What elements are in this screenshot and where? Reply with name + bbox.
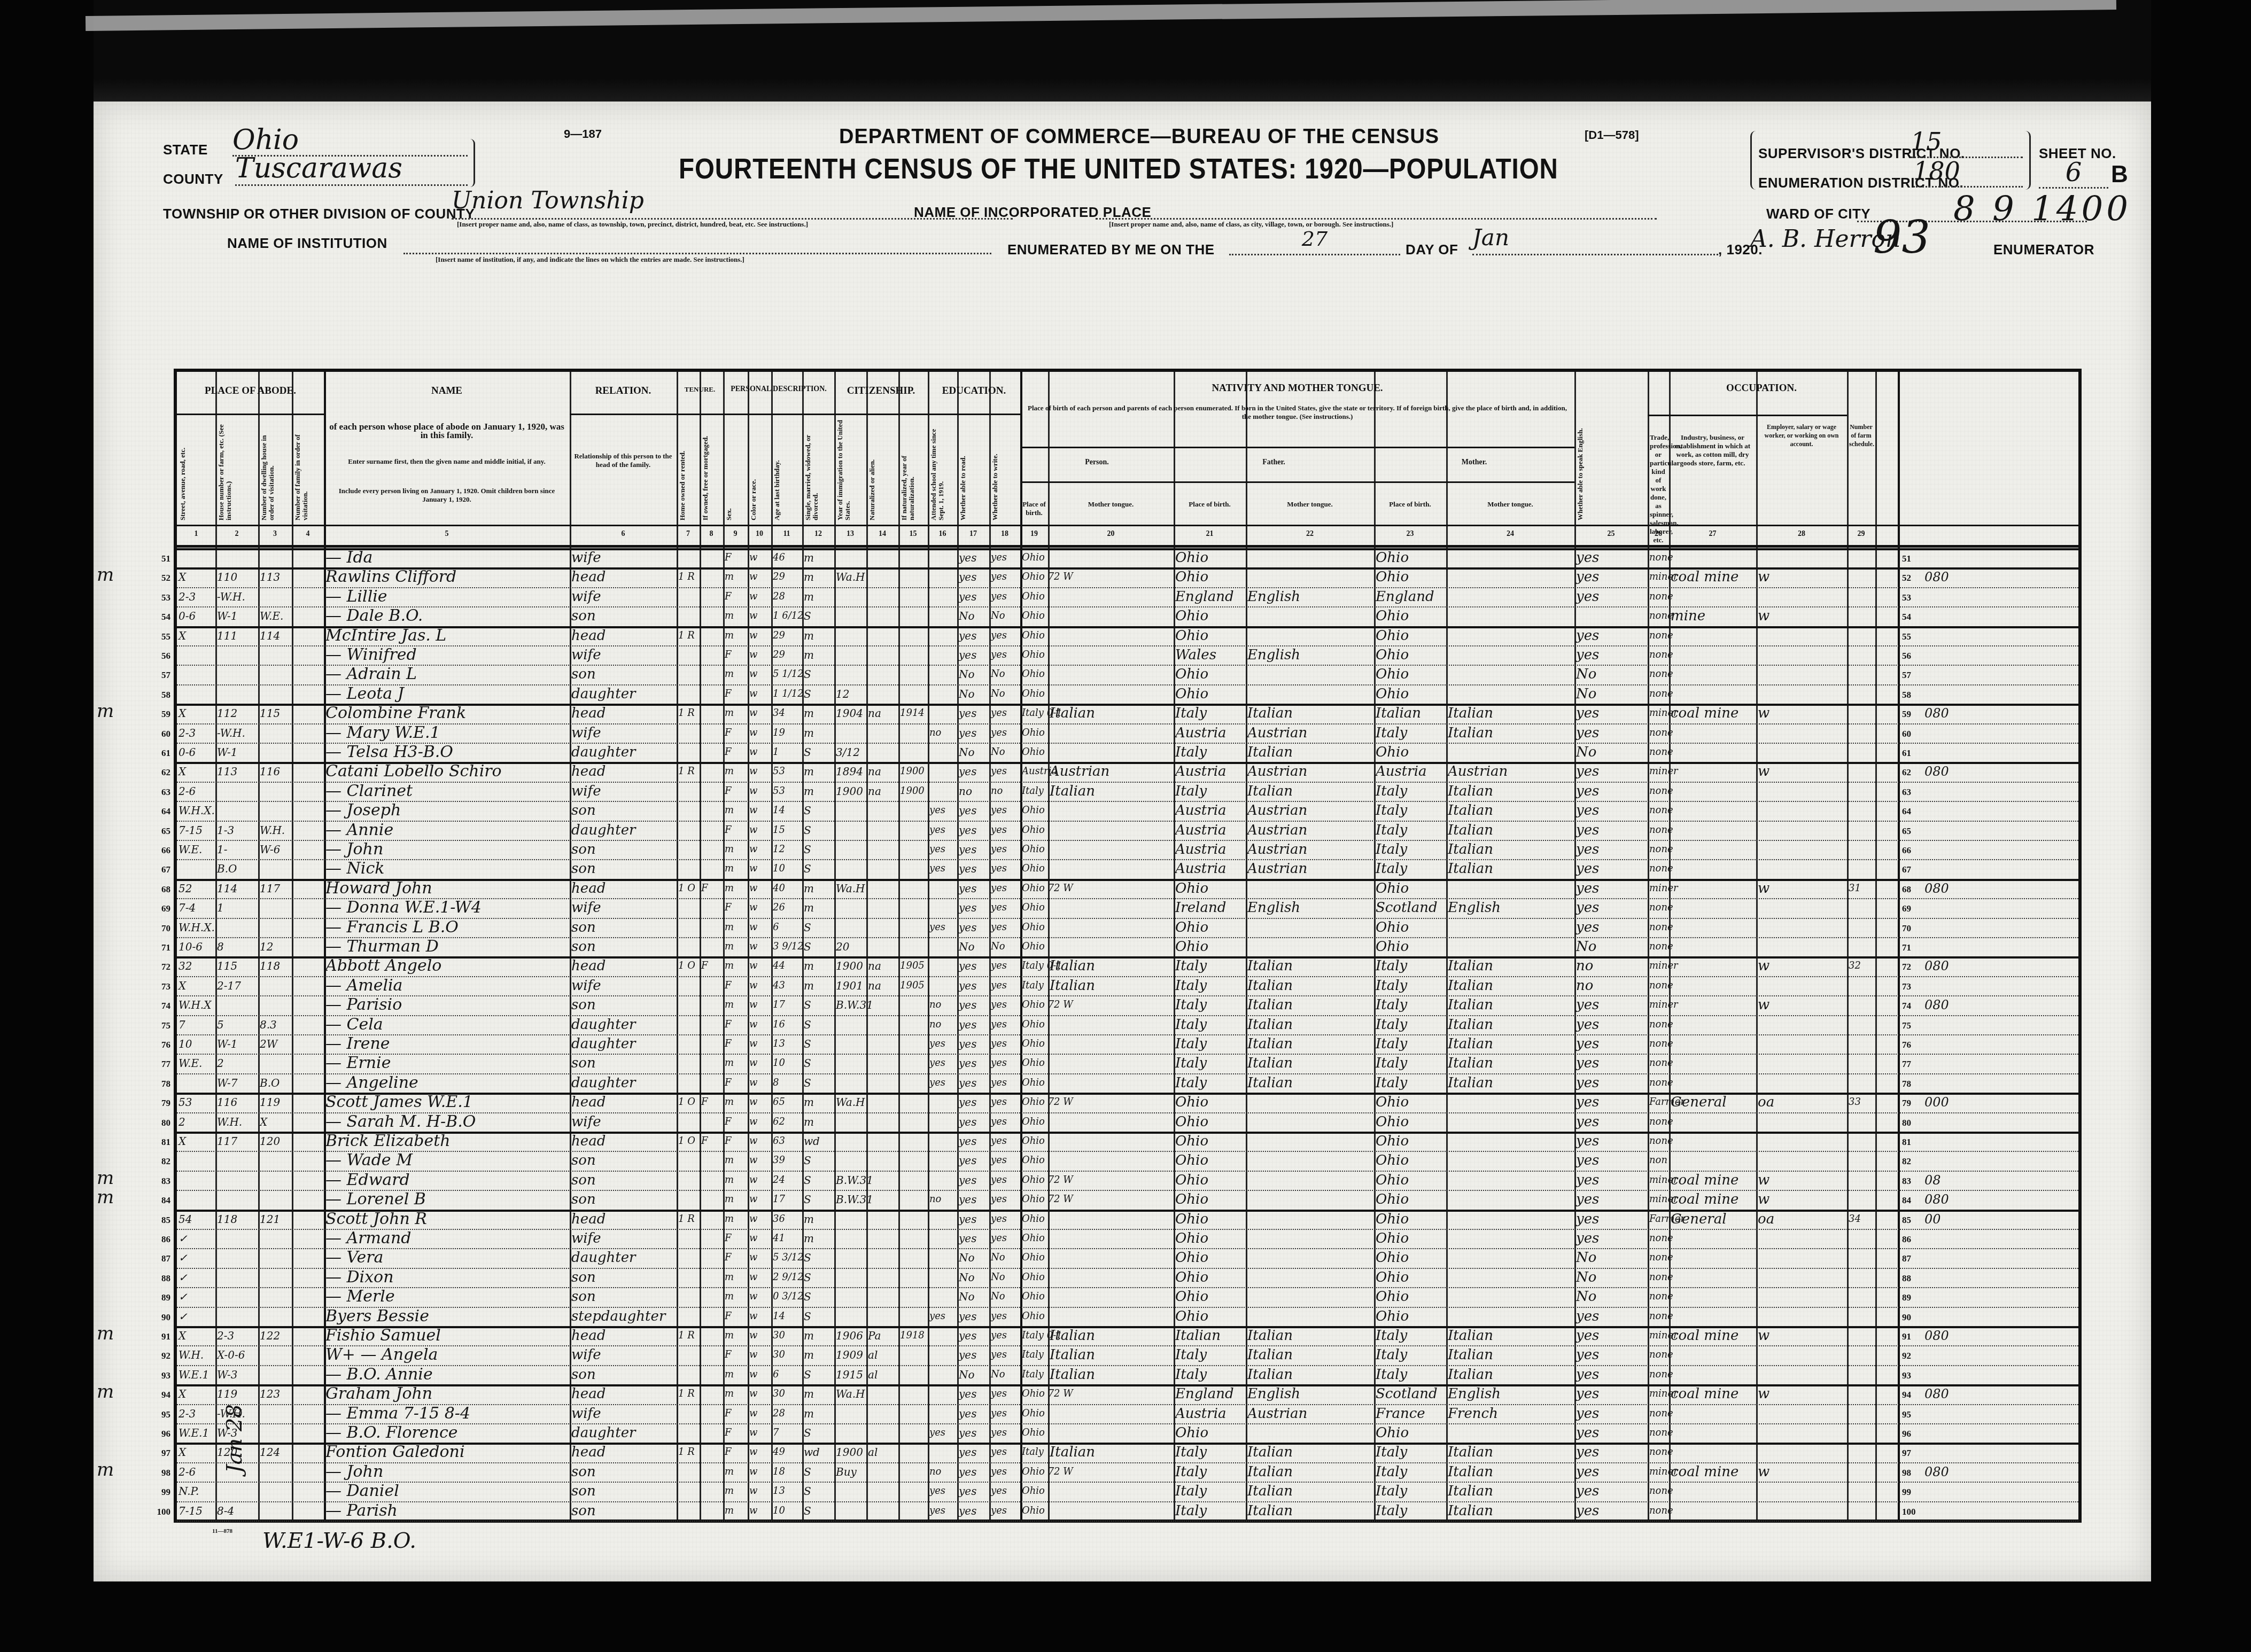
cell-fpob: Ohio	[1175, 609, 1208, 624]
cell-age: 3 9/12	[773, 939, 804, 954]
cell-name: — Francis L B.O	[325, 920, 459, 935]
cell-write: yes	[991, 570, 1007, 585]
line-number-right: 90	[1902, 1312, 1923, 1323]
cell-sex: m	[725, 628, 734, 643]
cell-age: 24	[773, 1173, 785, 1188]
cell-street: W.H.	[178, 1347, 204, 1362]
cell-read: yes	[959, 706, 976, 721]
cell-emp: w	[1758, 1328, 1769, 1343]
cell-write: yes	[991, 706, 1007, 721]
cell-age: 1 1/12	[773, 687, 804, 702]
column-number: 17	[957, 530, 989, 539]
line-number-left: 85	[149, 1215, 170, 1226]
cell-age: 30	[773, 1386, 785, 1401]
cell-eng: yes	[1576, 1056, 1599, 1071]
cell-sex: F	[725, 1115, 732, 1129]
line-number-left: 62	[149, 767, 170, 778]
cell-write: No	[991, 1250, 1005, 1265]
cell-relation: daughter	[571, 687, 636, 702]
cell-fmt: Italian	[1247, 1367, 1293, 1382]
cell-trade: none	[1649, 1309, 1673, 1324]
cell-race: w	[749, 978, 757, 993]
cell-write: yes	[991, 1406, 1007, 1421]
column-number: 26	[1648, 530, 1669, 539]
line-number-right: 66	[1902, 845, 1923, 856]
cell-write: yes	[991, 900, 1007, 915]
cell-trade: none	[1649, 1134, 1673, 1149]
cell-read: yes	[959, 1017, 976, 1032]
cell-sex: m	[725, 1173, 734, 1188]
cell-pob: Ohio 72 W	[1022, 1095, 1066, 1110]
cell-fpob: Ohio	[1175, 667, 1208, 682]
township-note: [Insert proper name and, also, name of c…	[457, 220, 808, 229]
cell-relation: wife	[571, 1347, 601, 1362]
cell-mmt: English	[1448, 1386, 1501, 1401]
cell-name: Catani Lobello Schiro	[325, 764, 502, 779]
cell-sex: F	[725, 687, 732, 702]
cell-fpob: Ohio	[1175, 1134, 1208, 1149]
cell-marital: m	[804, 1347, 814, 1362]
cell-house: X-0-6	[217, 1347, 245, 1362]
line-number-left: 64	[149, 806, 170, 817]
cell-age: 10	[773, 1503, 785, 1518]
cell-trade: none	[1649, 1406, 1673, 1421]
cell-fpob: Ohio	[1175, 1309, 1208, 1324]
cell-trade: none	[1649, 920, 1673, 935]
cell-sex: m	[725, 842, 734, 857]
row-divider	[177, 626, 2078, 628]
cell-pob: Ohio	[1022, 609, 1045, 624]
cell-trade: miner	[1649, 998, 1678, 1012]
column-number: 12	[802, 530, 834, 539]
cell-read: No	[959, 667, 975, 682]
cell-dwelling: B.O	[260, 1076, 280, 1090]
cell-dwelling: 123	[260, 1386, 280, 1401]
cell-fpob: Ohio	[1175, 1095, 1208, 1110]
cell-write: No	[991, 1270, 1005, 1285]
line-number-left: 89	[149, 1292, 170, 1303]
cell-mpob: Italian	[1376, 706, 1421, 721]
cell-school: no	[929, 726, 941, 741]
cell-marital: S	[804, 745, 811, 760]
cell-relation: head	[571, 881, 606, 896]
column-number: 3	[258, 530, 292, 539]
cell-street: X	[178, 706, 186, 721]
cell-mpob: Ohio	[1376, 648, 1409, 663]
cell-sex: F	[725, 1134, 732, 1149]
cell-fmt: Italian	[1247, 1503, 1293, 1518]
cell-natyr: 1905	[900, 959, 925, 973]
cell-relation: daughter	[571, 823, 636, 838]
cell-fmt: Austrian	[1247, 823, 1307, 838]
cell-name: — Angeline	[325, 1076, 418, 1090]
cell-write: yes	[991, 1503, 1007, 1518]
cell-house: 1	[217, 900, 224, 915]
cell-school: yes	[929, 1056, 945, 1071]
supervisor-value: 15	[1911, 127, 2023, 158]
state-value: Ohio	[232, 124, 468, 157]
cell-fpob: Italian	[1175, 1328, 1221, 1343]
cell-pob: Ohio	[1022, 1270, 1045, 1285]
cell-mpob: Ohio	[1376, 1309, 1409, 1324]
cell-race: w	[749, 803, 757, 818]
cell-mpob: Italy	[1376, 784, 1407, 799]
cell-age: 29	[773, 570, 785, 585]
header-divider	[177, 525, 2078, 526]
cell-marital: m	[804, 628, 814, 643]
cell-mt: Italian	[1050, 784, 1095, 799]
cell-eng: yes	[1576, 1115, 1599, 1129]
line-number-right: 81	[1902, 1137, 1923, 1148]
line-number-left: 56	[149, 651, 170, 661]
cell-name: — Amelia	[325, 978, 402, 993]
cell-fpob: Austria	[1175, 1406, 1227, 1421]
cell-street: 2-3	[178, 726, 196, 741]
cell-race: w	[749, 998, 757, 1012]
cell-mt: Italian	[1050, 978, 1095, 993]
cell-nat: na	[868, 959, 881, 973]
cell-fmt: English	[1247, 589, 1300, 604]
cell-pob: Ohio	[1022, 1134, 1045, 1149]
cell-fmt: Italian	[1247, 1445, 1293, 1460]
column-number: 21	[1174, 530, 1246, 539]
cell-eng: yes	[1576, 1153, 1599, 1168]
cell-trade: none	[1649, 823, 1673, 838]
cell-marital: S	[804, 1270, 811, 1285]
cell-race: w	[749, 861, 757, 876]
stamp-number: 93	[1873, 211, 1930, 263]
line-number-right: 92	[1902, 1351, 1923, 1361]
cell-eng: No	[1576, 745, 1596, 760]
cell-trade: none	[1649, 1445, 1673, 1460]
cell-fmt: Italian	[1247, 784, 1293, 799]
group-citizenship: Citizenship.	[834, 385, 928, 397]
cell-trade: none	[1649, 1076, 1673, 1090]
cell-name: — Vera	[325, 1250, 383, 1265]
cell-eng: yes	[1576, 1173, 1599, 1188]
cell-write: yes	[991, 861, 1007, 876]
cell-name: W+ — Angela	[325, 1347, 438, 1362]
cell-emp: w	[1758, 1192, 1769, 1207]
cell-school: yes	[929, 861, 945, 876]
line-number-left: 63	[149, 787, 170, 798]
cell-mmt: Italian	[1448, 1056, 1493, 1071]
cell-house: 2-3	[217, 1328, 234, 1343]
cell-mpob: Italy	[1376, 1056, 1407, 1071]
cell-pob: Ohio	[1022, 1289, 1045, 1304]
cell-read: yes	[959, 1484, 976, 1499]
cell-name: — Lorenel B	[325, 1192, 426, 1207]
cell-race: w	[749, 764, 757, 779]
cell-fpob: Italy	[1175, 1367, 1207, 1382]
cell-sex: F	[725, 1037, 732, 1051]
cell-mpob: Ohio	[1376, 939, 1409, 954]
line-number-right: 64	[1902, 806, 1923, 817]
cell-pob: Ohio	[1022, 1017, 1045, 1032]
cell-house: 2	[217, 1056, 224, 1071]
cell-write: yes	[991, 1386, 1007, 1401]
cell-age: 62	[773, 1115, 785, 1129]
row-divider	[177, 995, 2078, 996]
cell-race: w	[749, 900, 757, 915]
line-number-right: 58	[1902, 690, 1923, 700]
brace-left	[1750, 131, 1757, 190]
cell-mmt: Italian	[1448, 1076, 1493, 1090]
cell-race: w	[749, 1115, 757, 1129]
cell-eng: yes	[1576, 920, 1599, 935]
row-divider	[177, 1345, 2078, 1346]
cell-race: w	[749, 1484, 757, 1499]
cell-age: 18	[773, 1464, 785, 1479]
cell-school: yes	[929, 920, 945, 935]
cell-house: W-7	[217, 1076, 238, 1090]
cell-marital: S	[804, 1503, 811, 1518]
cell-name: — B.O. Annie	[325, 1367, 433, 1382]
cell-fmt: English	[1247, 648, 1300, 663]
cell-imm: B.W.31	[836, 998, 873, 1012]
cell-fpob: Italy	[1175, 706, 1207, 721]
cell-marital: m	[804, 1095, 814, 1110]
cell-house: 2-17	[217, 978, 241, 993]
line-number-right: 56	[1902, 651, 1923, 661]
row-divider	[177, 606, 2078, 607]
cell-mpob: Ohio	[1376, 1250, 1409, 1265]
column-header-vertical: Whether able to read.	[959, 419, 987, 520]
cell-write: yes	[991, 1464, 1007, 1479]
cell-nat: al	[868, 1367, 878, 1382]
cell-fpob: Ohio	[1175, 687, 1208, 702]
cell-pob: Italy	[1022, 1445, 1044, 1460]
cell-fpob: Ohio	[1175, 628, 1208, 643]
cell-trade: none	[1649, 1056, 1673, 1071]
cell-dwelling: W.E.	[260, 609, 283, 624]
cell-pob: Ohio	[1022, 900, 1045, 915]
line-number-left: 77	[149, 1059, 170, 1070]
cell-write: No	[991, 687, 1005, 702]
cell-write: No	[991, 939, 1005, 954]
column-number: 10	[748, 530, 771, 539]
line-number-left: 78	[149, 1079, 170, 1089]
cell-imm: 1900	[836, 959, 863, 973]
cell-relation: son	[571, 1056, 596, 1071]
cell-write: No	[991, 1367, 1005, 1382]
column-header-vertical: Color or race.	[750, 419, 769, 520]
column-number: 27	[1669, 530, 1756, 539]
cell-relation: son	[571, 920, 596, 935]
cell-name: — Winifred	[325, 648, 417, 663]
cell-eng: yes	[1576, 1192, 1599, 1207]
census-grid: Place of Abode.NameRelation.Tenure.Perso…	[174, 369, 2082, 1523]
cell-read: yes	[959, 920, 976, 935]
cell-trade: none	[1649, 842, 1673, 857]
cell-age: 28	[773, 1406, 785, 1421]
cell-dwelling: 2W	[260, 1037, 277, 1051]
column-header-vertical: Sex.	[725, 419, 746, 520]
cell-sex: m	[725, 570, 734, 585]
header-divider	[1020, 447, 1574, 448]
cell-pob: Ohio	[1022, 726, 1045, 741]
column-number: 8	[700, 530, 723, 539]
column-header-vertical: Number of family in order of visitation.	[294, 419, 322, 520]
line-number-right: 87	[1902, 1253, 1923, 1264]
cell-relation: wife	[571, 1115, 601, 1129]
cell-emp: w	[1758, 706, 1769, 721]
cell-eng: No	[1576, 939, 1596, 954]
cell-age: 46	[773, 550, 785, 565]
margin-mark: m	[97, 1167, 114, 1189]
cell-code: 080	[1924, 1328, 1949, 1343]
col-divider	[1847, 372, 1849, 1519]
cell-name: — Ida	[325, 550, 372, 565]
cell-mmt: Italian	[1448, 998, 1493, 1012]
cell-mpob: Ohio	[1376, 1192, 1409, 1207]
cell-dwelling: 8.3	[260, 1017, 277, 1032]
row-divider	[177, 1423, 2078, 1424]
cell-write: no	[991, 784, 1003, 799]
cell-fmt: English	[1247, 900, 1300, 915]
cell-code: 000	[1924, 1095, 1949, 1110]
cell-mpob: Ohio	[1376, 1134, 1409, 1149]
column-number: 5	[324, 530, 570, 539]
cell-marital: S	[804, 842, 811, 857]
group-tenure: Tenure.	[677, 385, 723, 394]
cell-code: 080	[1924, 764, 1949, 779]
cell-read: yes	[959, 1503, 976, 1518]
cell-relation: daughter	[571, 1250, 636, 1265]
cell-mpob: Italy	[1376, 842, 1407, 857]
cell-marital: S	[804, 861, 811, 876]
column-number: 25	[1574, 530, 1648, 539]
cell-sex: F	[725, 823, 732, 838]
cell-name: — Dale B.O.	[325, 609, 423, 624]
cell-name: Colombine Frank	[325, 706, 466, 721]
cell-read: No	[959, 1367, 975, 1382]
cell-mpob: Ohio	[1376, 550, 1409, 565]
cell-sex: m	[725, 1056, 734, 1071]
cell-write: yes	[991, 1037, 1007, 1051]
cell-tenure: 1 R	[678, 1386, 695, 1401]
cell-pob: Ohio	[1022, 1406, 1045, 1421]
cell-eng: no	[1576, 978, 1593, 993]
cell-read: yes	[959, 550, 976, 565]
cell-mt: Italian	[1050, 1445, 1095, 1460]
cell-imm: 1906	[836, 1328, 863, 1343]
cell-fpob: Austria	[1175, 842, 1227, 857]
cell-school: no	[929, 998, 941, 1012]
line-number-left: 90	[149, 1312, 170, 1323]
cell-race: w	[749, 1037, 757, 1051]
cell-sex: F	[725, 978, 732, 993]
cell-marital: S	[804, 1367, 811, 1382]
cell-relation: wife	[571, 726, 601, 741]
cell-fpob: Ohio	[1175, 1289, 1208, 1304]
cell-fmt: Italian	[1247, 998, 1293, 1012]
cell-write: No	[991, 609, 1005, 624]
cell-trade: none	[1649, 1503, 1673, 1518]
cell-farm: 32	[1849, 959, 1861, 973]
line-number-left: 66	[149, 845, 170, 856]
cell-fmt: Italian	[1247, 1347, 1293, 1362]
cell-name: — Annie	[325, 823, 393, 838]
cell-name: — Daniel	[325, 1484, 399, 1499]
cell-trade: none	[1649, 1250, 1673, 1265]
cell-age: 53	[773, 764, 785, 779]
cell-dwelling: 118	[260, 959, 280, 973]
cell-write: yes	[991, 920, 1007, 935]
cell-street: ✓	[178, 1309, 188, 1324]
cell-street: X	[178, 628, 186, 643]
cell-imm: Buy	[836, 1464, 857, 1479]
cell-race: w	[749, 1192, 757, 1207]
cell-age: 14	[773, 1309, 785, 1324]
county-value: Tuscarawas	[235, 152, 468, 186]
cell-house: 119	[217, 1386, 237, 1401]
cell-eng: yes	[1576, 1212, 1599, 1227]
cell-age: 43	[773, 978, 785, 993]
county-label: County	[163, 171, 223, 188]
cell-natyr: 1905	[900, 978, 925, 993]
line-number-left: 88	[149, 1273, 170, 1284]
line-number-right: 80	[1902, 1118, 1923, 1128]
row-divider	[177, 1462, 2078, 1463]
name-instruction: Enter surname first, then the given name…	[326, 457, 568, 466]
cell-mt: Italian	[1050, 959, 1095, 973]
cell-nat: na	[868, 784, 881, 799]
cell-house: 5	[217, 1017, 224, 1032]
cell-name: Graham John	[325, 1386, 432, 1401]
group-personal-description: Personal Description.	[723, 385, 834, 394]
cell-sex: m	[725, 1212, 734, 1227]
line-number-left: 67	[149, 864, 170, 875]
cell-industry: mine	[1671, 609, 1705, 624]
col-divider	[1875, 372, 1877, 1519]
line-number-right: 86	[1902, 1234, 1923, 1245]
column-header-vertical: Street, avenue, road, etc.	[179, 419, 213, 520]
column-number: 11	[771, 530, 802, 539]
cell-marital: m	[804, 959, 814, 973]
cell-write: yes	[991, 1153, 1007, 1168]
column-number: 13	[834, 530, 866, 539]
cell-relation: head	[571, 706, 606, 721]
incorporated-value-line	[1096, 214, 1657, 220]
line-number-right: 61	[1902, 748, 1923, 759]
cell-marital: S	[804, 1037, 811, 1051]
line-number-right: 70	[1902, 923, 1923, 934]
cell-race: w	[749, 1445, 757, 1460]
line-number-right: 74	[1902, 1001, 1923, 1011]
cell-fpob: Ohio	[1175, 1231, 1208, 1246]
cell-marital: m	[804, 1386, 814, 1401]
cell-race: w	[749, 667, 757, 682]
cell-age: 14	[773, 803, 785, 818]
cell-mpob: Italy	[1376, 1037, 1407, 1051]
place-of-birth-label: Place of birth.	[1376, 500, 1444, 509]
cell-fpob: Ohio	[1175, 550, 1208, 565]
cell-name: — Irene	[325, 1037, 390, 1051]
cell-tenure: 1 R	[678, 570, 695, 585]
cell-relation: wife	[571, 1231, 601, 1246]
cell-age: 36	[773, 1212, 785, 1227]
cell-street: 2-6	[178, 784, 196, 799]
line-number-right: 98	[1902, 1468, 1923, 1478]
cell-trade: none	[1649, 1425, 1673, 1440]
cell-name: Fontion Galedoni	[325, 1445, 465, 1460]
cell-street: ✓	[178, 1289, 188, 1304]
cell-code: 080	[1924, 998, 1949, 1012]
cell-imm: 1900	[836, 1445, 863, 1460]
cell-trade: none	[1649, 861, 1673, 876]
line-number-left: 86	[149, 1234, 170, 1245]
